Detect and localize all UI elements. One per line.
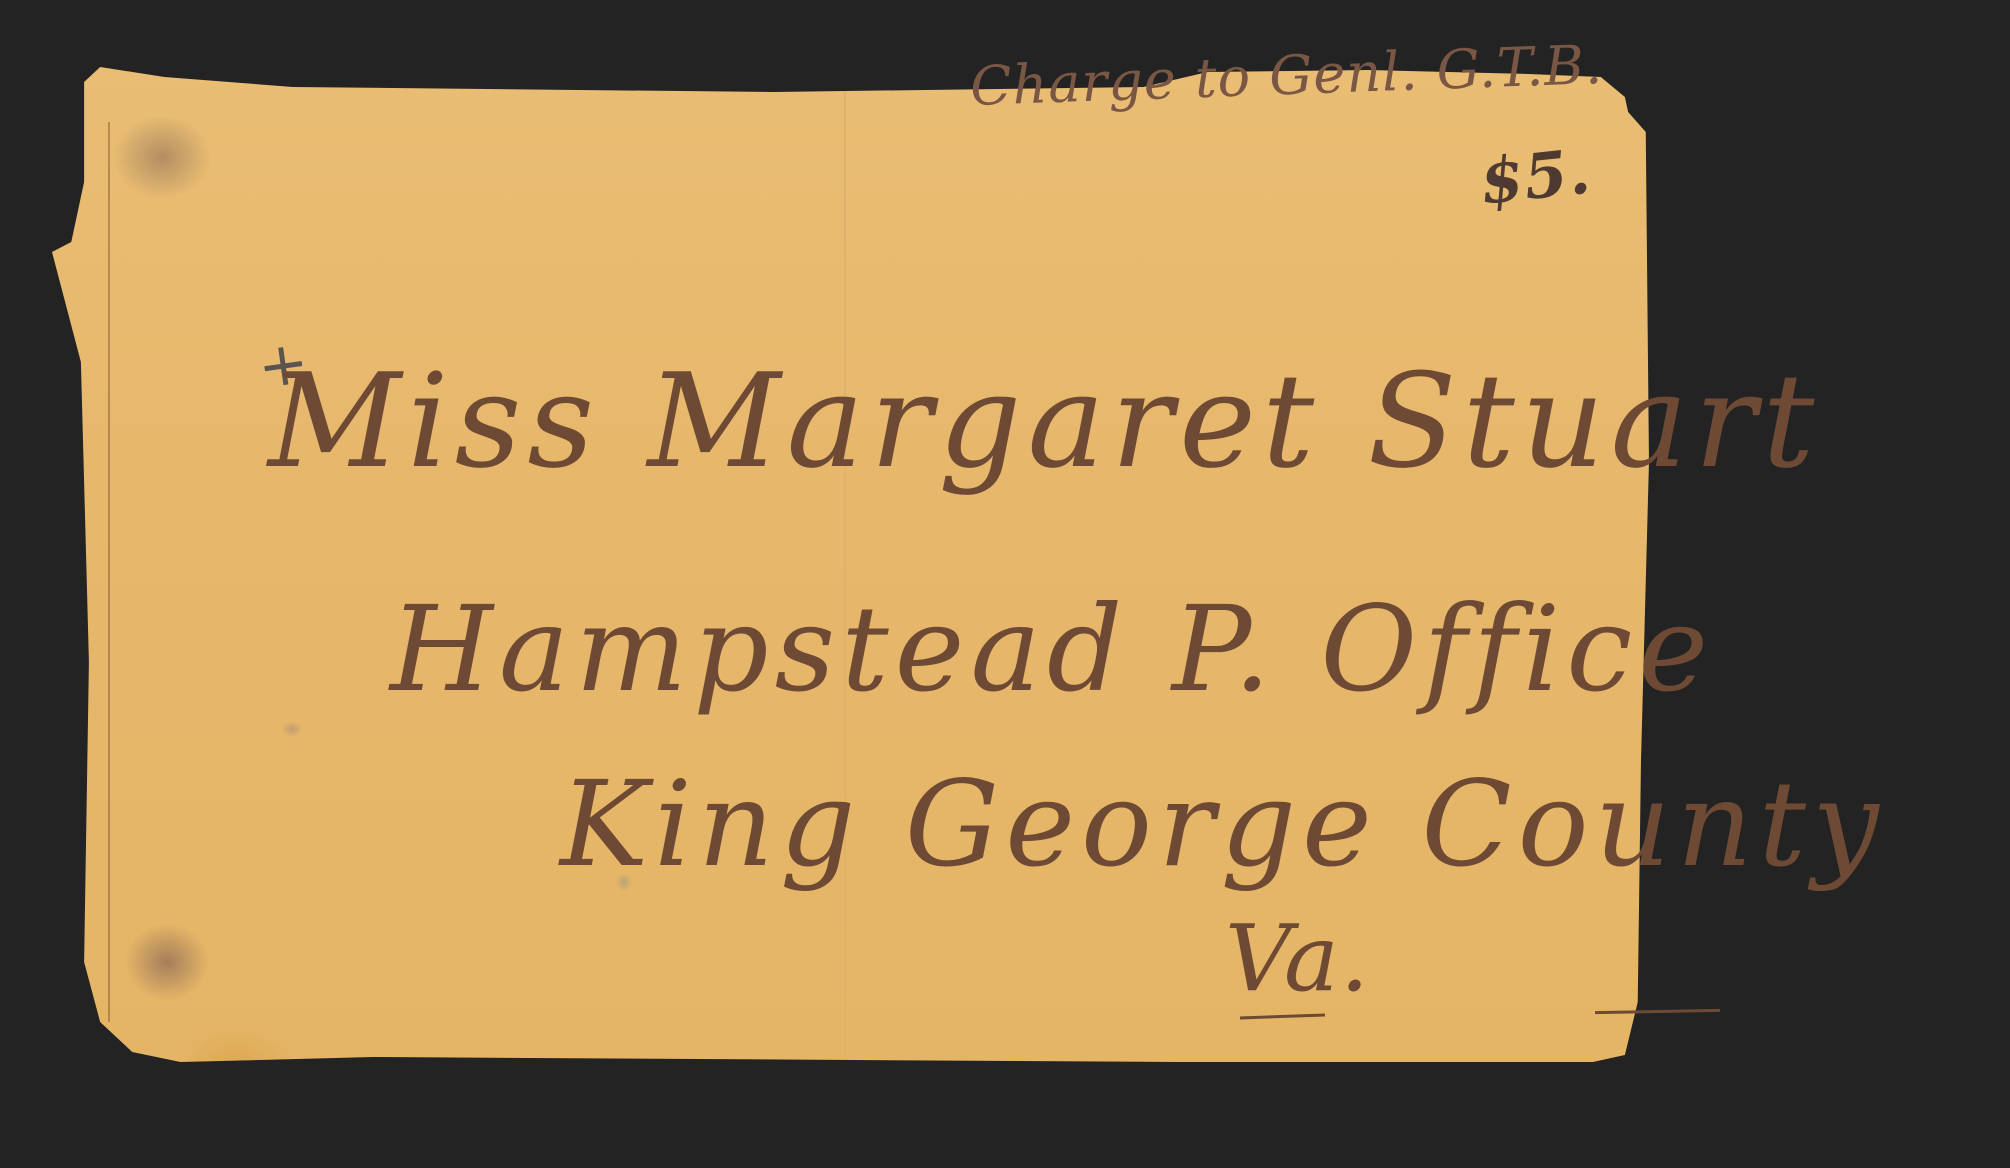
- fold-crease: [844, 62, 846, 1062]
- envelope: [52, 62, 1657, 1062]
- address-post-office: Hampstead P. Office: [390, 580, 1714, 718]
- address-state: Va.: [1225, 905, 1370, 1012]
- address-county: King George County: [560, 755, 1885, 893]
- flap-edge: [108, 122, 110, 1022]
- rate-marking: $5.: [1476, 134, 1594, 218]
- address-recipient: Miss Margaret Stuart: [268, 345, 1820, 497]
